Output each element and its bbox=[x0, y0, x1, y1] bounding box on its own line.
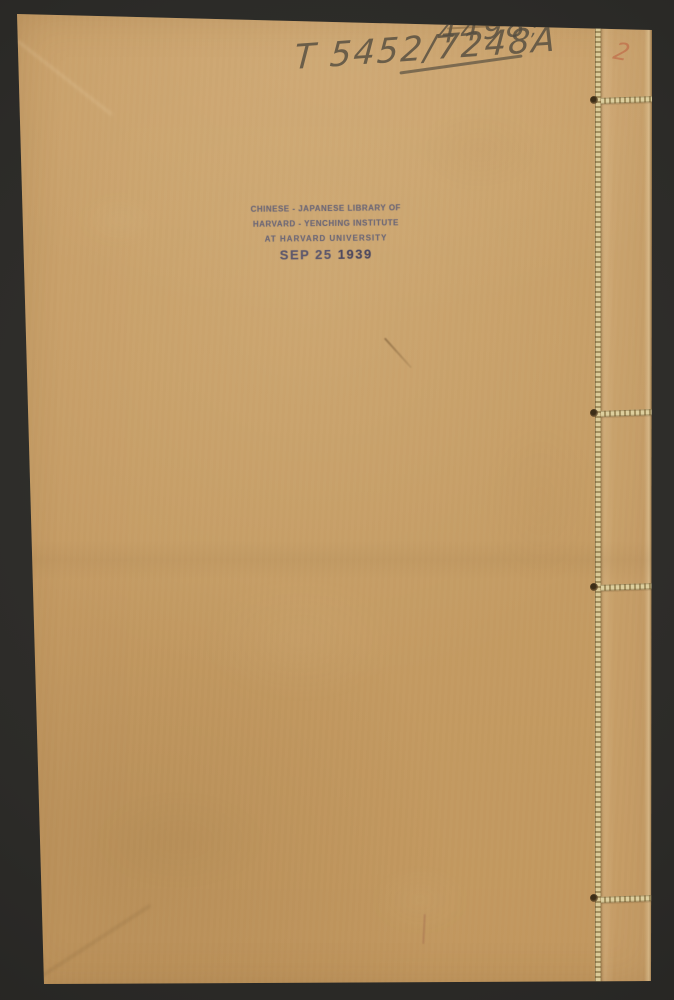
corner-crease-bottom-left bbox=[41, 905, 151, 977]
scratch-mark bbox=[384, 337, 412, 368]
binding-hole bbox=[590, 409, 598, 417]
binding-hole bbox=[590, 894, 598, 902]
call-number-suffix: A bbox=[531, 19, 559, 61]
corner-crease-top-left bbox=[17, 40, 113, 115]
horizontal-crease bbox=[0, 540, 674, 580]
scanned-book-photo: 4498; T 5452/7248A CHINESE - JAPANESE LI… bbox=[0, 0, 674, 1000]
library-stamp: CHINESE - JAPANESE LIBRARY OF HARVARD - … bbox=[240, 200, 413, 264]
stamp-line-3: AT HARVARD UNIVERSITY bbox=[240, 230, 412, 247]
stamp-date-year: 1939 bbox=[338, 247, 373, 262]
binding-hole bbox=[590, 96, 598, 104]
stamp-date-month-day: SEP 25 bbox=[280, 247, 333, 263]
stamp-date: SEP 25 1939 bbox=[240, 245, 412, 264]
binding-hole bbox=[590, 583, 598, 591]
book-cover: 4498; T 5452/7248A CHINESE - JAPANESE LI… bbox=[0, 0, 674, 1000]
cover-right-edge bbox=[644, 0, 652, 1000]
faint-red-stroke bbox=[422, 914, 426, 944]
paper-texture bbox=[0, 0, 674, 1000]
binding-thread-vertical bbox=[595, 18, 601, 984]
